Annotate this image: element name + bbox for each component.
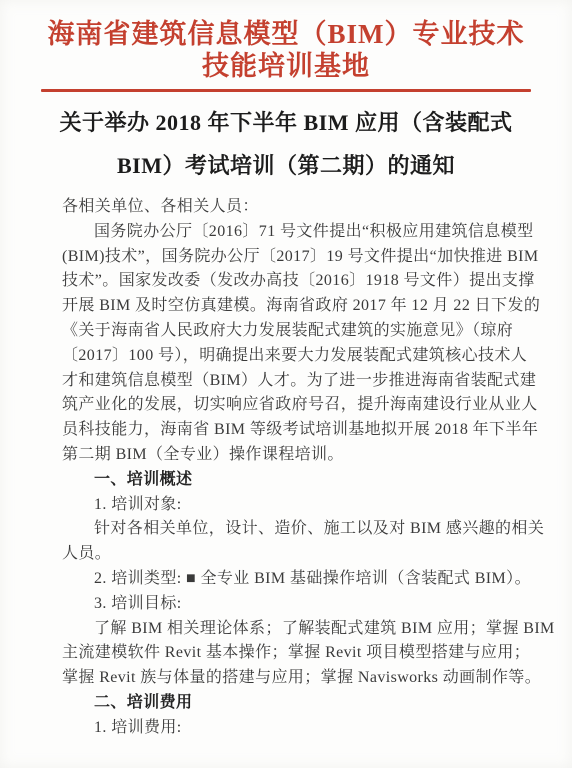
body-line: 员科技能力，海南省 BIM 等级考试培训基地拟开展 2018 年下半年 (62, 418, 544, 443)
document-title-line1: 关于举办 2018 年下半年 BIM 应用（含装配式 (0, 101, 572, 144)
header-divider-rule (41, 89, 531, 92)
document-body: 各相关单位、各相关人员：国务院办公厅〔2016〕71 号文件提出“积极应用建筑信… (62, 195, 544, 741)
body-line: 〔2017〕100 号），明确提出来要大力发展装配式建筑核心技术人 (62, 344, 544, 369)
body-line: 第二期 BIM（全专业）操作课程培训。 (62, 443, 544, 468)
body-line: 国务院办公厅〔2016〕71 号文件提出“积极应用建筑信息模型 (62, 220, 544, 245)
body-line: 才和建筑信息模型（BIM）人才。为了进一步推进海南省装配式建 (62, 369, 544, 394)
body-line: 人员。 (62, 542, 544, 567)
body-line: 了解 BIM 相关理论体系；了解装配式建筑 BIM 应用；掌握 BIM (62, 617, 544, 642)
body-line: 二、培训费用 (62, 691, 544, 716)
body-line: 技术”。国家发改委（发改办高技〔2016〕1918 号文件）提出支撑 (62, 269, 544, 294)
body-line: 3. 培训目标: (62, 592, 544, 617)
body-line: 一、培训概述 (62, 468, 544, 493)
org-header-line1: 海南省建筑信息模型（BIM）专业技术 (0, 18, 572, 50)
body-line: 针对各相关单位，设计、造价、施工以及对 BIM 感兴趣的相关 (62, 517, 544, 542)
body-line: 各相关单位、各相关人员： (62, 195, 544, 220)
body-line: 筑产业化的发展，切实响应省政府号召，提升海南建设行业从业人 (62, 393, 544, 418)
body-line: 开展 BIM 及时空仿真建模。海南省政府 2017 年 12 月 22 日下发的 (62, 294, 544, 319)
scanned-notice-page: 海南省建筑信息模型（BIM）专业技术 技能培训基地 关于举办 2018 年下半年… (0, 0, 572, 768)
body-line: 2. 培训类型: ■ 全专业 BIM 基础操作培训（含装配式 BIM）。 (62, 567, 544, 592)
body-line: 1. 培训费用: (62, 716, 544, 741)
document-title-line2: BIM）考试培训（第二期）的通知 (0, 144, 572, 187)
body-line: 主流建模软件 Revit 基本操作；掌握 Revit 项目模型搭建与应用； (62, 641, 544, 666)
body-line: 掌握 Revit 族与体量的搭建与应用；掌握 Navisworks 动画制作等。 (62, 666, 544, 691)
body-line: 《关于海南省人民政府大力发展装配式建筑的实施意见》（琼府 (62, 319, 544, 344)
body-line: (BIM)技术”，国务院办公厅〔2017〕19 号文件提出“加快推进 BIM (62, 245, 544, 270)
body-line: 1. 培训对象: (62, 493, 544, 518)
document-title: 关于举办 2018 年下半年 BIM 应用（含装配式 BIM）考试培训（第二期）… (0, 101, 572, 187)
org-header-line2: 技能培训基地 (0, 50, 572, 82)
org-header: 海南省建筑信息模型（BIM）专业技术 技能培训基地 (0, 0, 572, 92)
